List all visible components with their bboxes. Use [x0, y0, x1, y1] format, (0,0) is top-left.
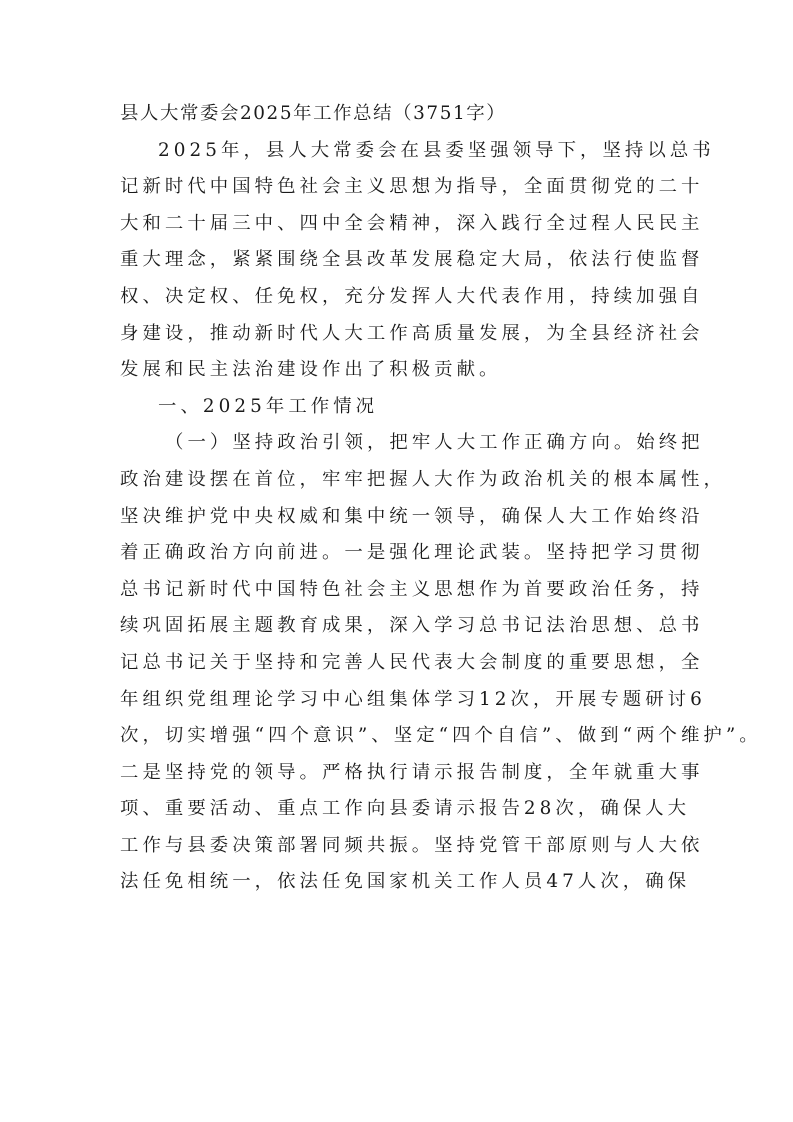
paragraph-section-1-1: （一）坚持政治引领，把牢人大工作正确方向。始终把 政治建设摆在首位，牢牢把握人大…: [120, 425, 680, 901]
text-line: 身建设，推动新时代人大工作高质量发展，为全县经济社会: [120, 316, 680, 353]
text-line: 记总书记关于坚持和完善人民代表大会制度的重要思想，全: [120, 645, 680, 682]
document-title: 县人大常委会2025年工作总结（3751字）: [120, 96, 680, 133]
text-line: 次，切实增强“四个意识”、坚定“四个自信”、做到“两个维护”。: [120, 718, 680, 755]
text-line: 法任免相统一，依法任免国家机关工作人员47人次，确保: [120, 864, 680, 901]
text-line: 政治建设摆在首位，牢牢把握人大作为政治机关的根本属性，: [120, 462, 680, 499]
text-line: 工作与县委决策部署同频共振。坚持党管干部原则与人大依: [120, 828, 680, 865]
text-line: 重大理念，紧紧围绕全县改革发展稳定大局，依法行使监督: [120, 242, 680, 279]
document-page: 县人大常委会2025年工作总结（3751字） 2025年，县人大常委会在县委坚强…: [0, 0, 793, 1122]
paragraph-intro: 2025年，县人大常委会在县委坚强领导下，坚持以总书 记新时代中国特色社会主义思…: [120, 133, 680, 389]
text-line: 着正确政治方向前进。一是强化理论武装。坚持把学习贯彻: [120, 535, 680, 572]
text-line: 发展和民主法治建设作出了积极贡献。: [120, 352, 680, 389]
text-line: 总书记新时代中国特色社会主义思想作为首要政治任务，持: [120, 572, 680, 609]
text-line: 续巩固拓展主题教育成果，深入学习总书记法治思想、总书: [120, 608, 680, 645]
text-line: 2025年，县人大常委会在县委坚强领导下，坚持以总书: [120, 133, 680, 170]
section-heading: 一、2025年工作情况: [120, 389, 680, 426]
subsection-heading-line: （一）坚持政治引领，把牢人大工作正确方向。始终把: [120, 425, 680, 462]
text-line: 坚决维护党中央权威和集中统一领导，确保人大工作始终沿: [120, 499, 680, 536]
text-line: 大和二十届三中、四中全会精神，深入践行全过程人民民主: [120, 206, 680, 243]
text-line: 二是坚持党的领导。严格执行请示报告制度，全年就重大事: [120, 755, 680, 792]
document-body: 县人大常委会2025年工作总结（3751字） 2025年，县人大常委会在县委坚强…: [120, 96, 680, 901]
text-line: 权、决定权、任免权，充分发挥人大代表作用，持续加强自: [120, 279, 680, 316]
text-line: 记新时代中国特色社会主义思想为指导，全面贯彻党的二十: [120, 169, 680, 206]
text-line: 年组织党组理论学习中心组集体学习12次，开展专题研讨6: [120, 682, 680, 719]
text-line: 项、重要活动、重点工作向县委请示报告28次，确保人大: [120, 791, 680, 828]
section-heading-text: 一、2025年工作情况: [120, 389, 680, 426]
